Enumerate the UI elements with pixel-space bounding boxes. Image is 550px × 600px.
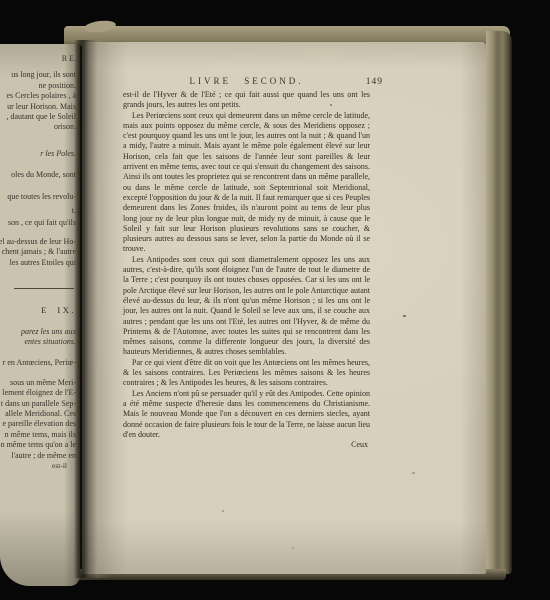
left-page-line: les autres Etoiles qui (0, 258, 76, 268)
left-page: R E.us long jour, ils sontne position.es… (0, 44, 80, 586)
left-page-line (14, 288, 74, 289)
left-page-line: que toutes les revolu- (0, 192, 76, 202)
paragraph: Les Anciens n'ont pû se persuader qu'il … (123, 389, 370, 440)
left-page-line: e pareille élevation des (0, 419, 76, 429)
left-page-line: son , ce qui fait qu'ils (0, 218, 76, 228)
left-page-line: lement éloignez de l'E- (0, 388, 76, 398)
left-page-line: parez les uns aux (0, 327, 76, 337)
catchword: Ceux (123, 440, 370, 449)
left-page-line: allele Meridional. Ces (0, 409, 76, 419)
left-page-line: ur leur Horison. Mais (0, 102, 76, 112)
page-body: est-il de l'Hyver & de l'Eté ; ce qui fa… (123, 90, 370, 440)
paragraph: Les Periœciens sont ceux qui demeurent d… (123, 111, 370, 255)
left-page-line: n même tems, mais ils (0, 430, 76, 440)
left-page-line: R E. (0, 54, 76, 64)
running-title: LIVRE SECOND. (123, 76, 370, 86)
paragraph: Les Antipodes sont ceux qui sont diametr… (123, 255, 370, 358)
left-page-line: r les Poles. (0, 149, 76, 159)
book-photo: R E.us long jour, ils sontne position.es… (0, 0, 550, 600)
left-page-line: el au-dessus de leur Ho- (0, 237, 76, 247)
paragraph: est-il de l'Hyver & de l'Eté ; ce qui fa… (123, 90, 370, 111)
left-page-line: E IX. (0, 305, 76, 315)
paper-speck (412, 472, 415, 474)
paper-speck (292, 547, 294, 549)
left-page-line: sous un même Meri- (0, 378, 76, 388)
left-page-line: , dautant que le Soleil (0, 112, 76, 122)
right-page-text-column: LIVRE SECOND. 149 est-il de l'Hyver & de… (123, 76, 370, 449)
left-page-line: es Cercles polaires , à (0, 91, 76, 101)
left-page-line: ne position. (0, 81, 76, 91)
left-page-line: n même tems qu'on a le (0, 440, 76, 450)
left-page-line: est-il (0, 461, 76, 471)
left-page-line: orison. (0, 122, 76, 132)
left-page-line: l'autre ; de même en (0, 451, 76, 461)
page-number: 149 (366, 77, 383, 87)
left-page-line: us long jour, ils sont (0, 70, 76, 80)
left-page-line: t. (0, 206, 76, 216)
paper-speck (330, 104, 332, 106)
left-page-line: entes situations. (0, 337, 76, 347)
left-page-line: t dans un parallele Sep- (0, 399, 76, 409)
book-fore-edge (486, 31, 512, 574)
left-page-line: r en Antœciens, Periœ- (0, 358, 76, 368)
page-header: LIVRE SECOND. 149 (123, 76, 370, 89)
paper-speck (222, 510, 224, 512)
paper-speck (403, 315, 406, 317)
paragraph: Par ce qui vient d'être dit on voit que … (123, 358, 370, 389)
left-page-line: oles du Monde, sont (0, 170, 76, 180)
right-page: LIVRE SECOND. 149 est-il de l'Hyver & de… (82, 42, 486, 574)
left-page-text-column: R E.us long jour, ils sontne position.es… (0, 54, 80, 471)
left-page-line: chent jamais ; & l'autre (0, 247, 76, 257)
